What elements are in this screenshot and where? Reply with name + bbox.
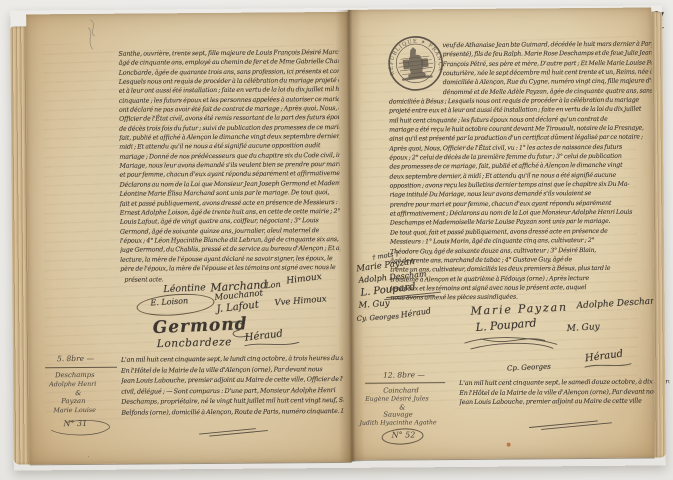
handwritten-line: père de l'époux, la mère de l'épouse et … (120, 263, 340, 274)
signature: Vve Himoux (274, 294, 327, 308)
margin-given-name: Adolphe Henri (49, 380, 96, 388)
strike-flourish (384, 291, 442, 299)
margin-act-number: N° 52 (392, 431, 416, 439)
pencil-mark (84, 18, 110, 52)
paraph-flourish (461, 332, 561, 353)
signature: M. Guy (566, 322, 600, 334)
margin-name: Sauvage (383, 410, 412, 418)
act-continuation-beside-stamp: veuf de Athanaise Jean bte Guimard, décé… (442, 40, 654, 98)
handwritten-line: Jean Louis Labouche, premier adjoint au … (459, 397, 669, 408)
signature: Marie Payzan (470, 301, 568, 318)
margin-name: Deschamps (55, 371, 95, 379)
paragraph-end-flourish (527, 418, 613, 431)
next-act-paragraph: L'an mil huit cent cinquante sept, le sa… (459, 377, 669, 407)
signature: Cp. Georges (507, 363, 551, 373)
margin-ampersand: & (75, 389, 81, 397)
margin-signature: Héraud (400, 306, 432, 319)
scanner-background: Santhe, ouvrière, trente sept, fille maj… (0, 0, 673, 480)
signature: L. Poupard (475, 316, 537, 334)
fore-edge-page-stack (651, 11, 666, 457)
right-page: 61 RÉPUBLIQUE ✶ FRANÇAISE veuf (348, 8, 655, 460)
margin-rule (45, 367, 117, 369)
margin-signature: Cy. Georges (356, 312, 399, 323)
ink-stain (507, 443, 511, 447)
margin-number-flourish (47, 416, 113, 439)
margin-name: Coinchard (383, 386, 419, 394)
margin-given-name: Eugène Désiré Jules (365, 395, 428, 403)
signature: Loncbardeze (157, 336, 233, 350)
handwritten-line: Belfonds (orne), domicilié à Alençon, Ro… (121, 406, 343, 418)
signature-underline-flourish (583, 362, 633, 369)
republique-francaise-stamp: RÉPUBLIQUE ✶ FRANÇAISE (384, 31, 448, 95)
paragraph-end-flourish (197, 427, 269, 438)
margin-given-name: Marie Louise (53, 406, 96, 414)
register-book: Santhe, ouvrière, trente sept, fille maj… (10, 5, 666, 470)
margin-rule (365, 382, 445, 384)
signature: Lon (265, 280, 281, 290)
signature: Himoux (286, 272, 323, 287)
signature-underline-flourish (243, 340, 301, 348)
act-continuation-full-width: domiciliée à Bésus ; Lesquels nous ont r… (389, 96, 657, 304)
next-act-paragraph: L'an mil huit cent cinquante sept, le lu… (121, 353, 343, 418)
margin-date: 5. 8bre — (57, 355, 94, 363)
left-page: Santhe, ouvrière, trente sept, fille maj… (26, 12, 352, 465)
margin-signature: M. Guy (358, 299, 390, 311)
corner-pencil-dot: . (88, 452, 90, 460)
act-body-paragraph: Santhe, ouvrière, trente sept, fille maj… (119, 48, 341, 274)
margin-name: Payzan (61, 397, 85, 405)
margin-date: 12. 8bre — (383, 371, 425, 379)
margin-given-name: Judith Hyacinthe Agathe (359, 419, 436, 428)
act-closing-line: présent acte. (124, 275, 163, 285)
